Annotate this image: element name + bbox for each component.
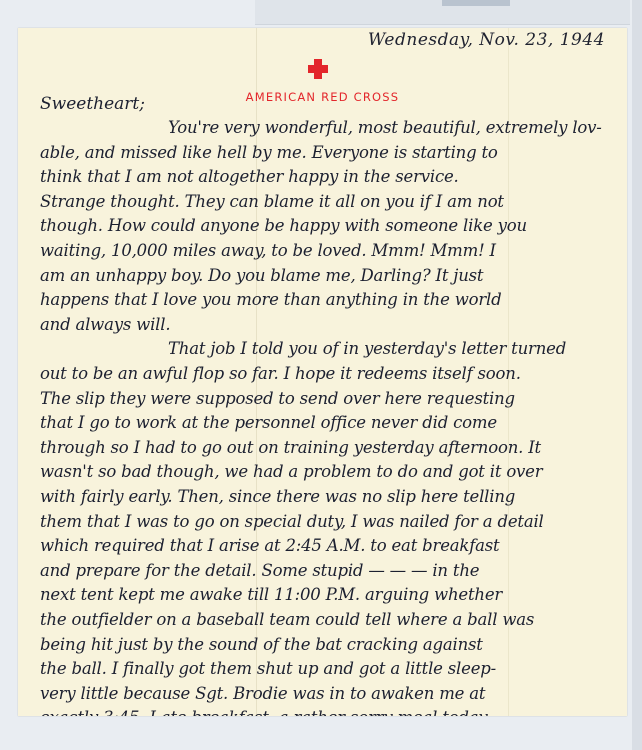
letter-line: out to be an awful flop so far. I hope i…	[40, 364, 620, 383]
letter-date: Wednesday, Nov. 23, 1944	[368, 30, 605, 50]
letter-line: You're very wonderful, most beautiful, e…	[168, 118, 618, 137]
scanner-backdrop-tab	[442, 0, 510, 6]
letter-line: though. How could anyone be happy with s…	[40, 216, 620, 235]
letter-line: with fairly early. Then, since there was…	[40, 487, 620, 506]
letter-sheet: Wednesday, Nov. 23, 1944 AMERICAN RED CR…	[18, 28, 627, 716]
scanner-backdrop-right	[632, 0, 642, 750]
letter-line: wasn't so bad though, we had a problem t…	[40, 462, 620, 481]
letter-line: waiting, 10,000 miles away, to be loved.…	[40, 241, 620, 260]
letter-line: am an unhappy boy. Do you blame me, Darl…	[40, 266, 620, 285]
letter-line: that I go to work at the personnel offic…	[40, 413, 620, 432]
letter-line: the outfielder on a baseball team could …	[40, 610, 620, 629]
letter-line: being hit just by the sound of the bat c…	[40, 635, 620, 654]
letter-line: which required that I arise at 2:45 A.M.…	[40, 536, 620, 555]
salutation: Sweetheart;	[40, 94, 145, 114]
letter-line: That job I told you of in yesterday's le…	[168, 339, 618, 358]
letter-line: able, and missed like hell by me. Everyo…	[40, 143, 620, 162]
letter-line: Strange thought. They can blame it all o…	[40, 192, 620, 211]
red-cross-icon	[308, 59, 328, 79]
letter-line: think that I am not altogether happy in …	[40, 167, 620, 186]
letter-line: the ball. I finally got them shut up and…	[40, 659, 620, 678]
letter-line: them that I was to go on special duty, I…	[40, 512, 620, 531]
letter-line: through so I had to go out on training y…	[40, 438, 620, 457]
letter-line: very little because Sgt. Brodie was in t…	[40, 684, 620, 703]
letter-line: The slip they were supposed to send over…	[40, 389, 620, 408]
letter-line: exactly 3:45. I ate breakfast, a rather …	[40, 708, 620, 716]
letter-line: next tent kept me awake till 11:00 P.M. …	[40, 585, 620, 604]
letter-line: and always will.	[40, 315, 620, 334]
letter-line: happens that I love you more than anythi…	[40, 290, 620, 309]
letter-line: and prepare for the detail. Some stupid …	[40, 561, 620, 580]
